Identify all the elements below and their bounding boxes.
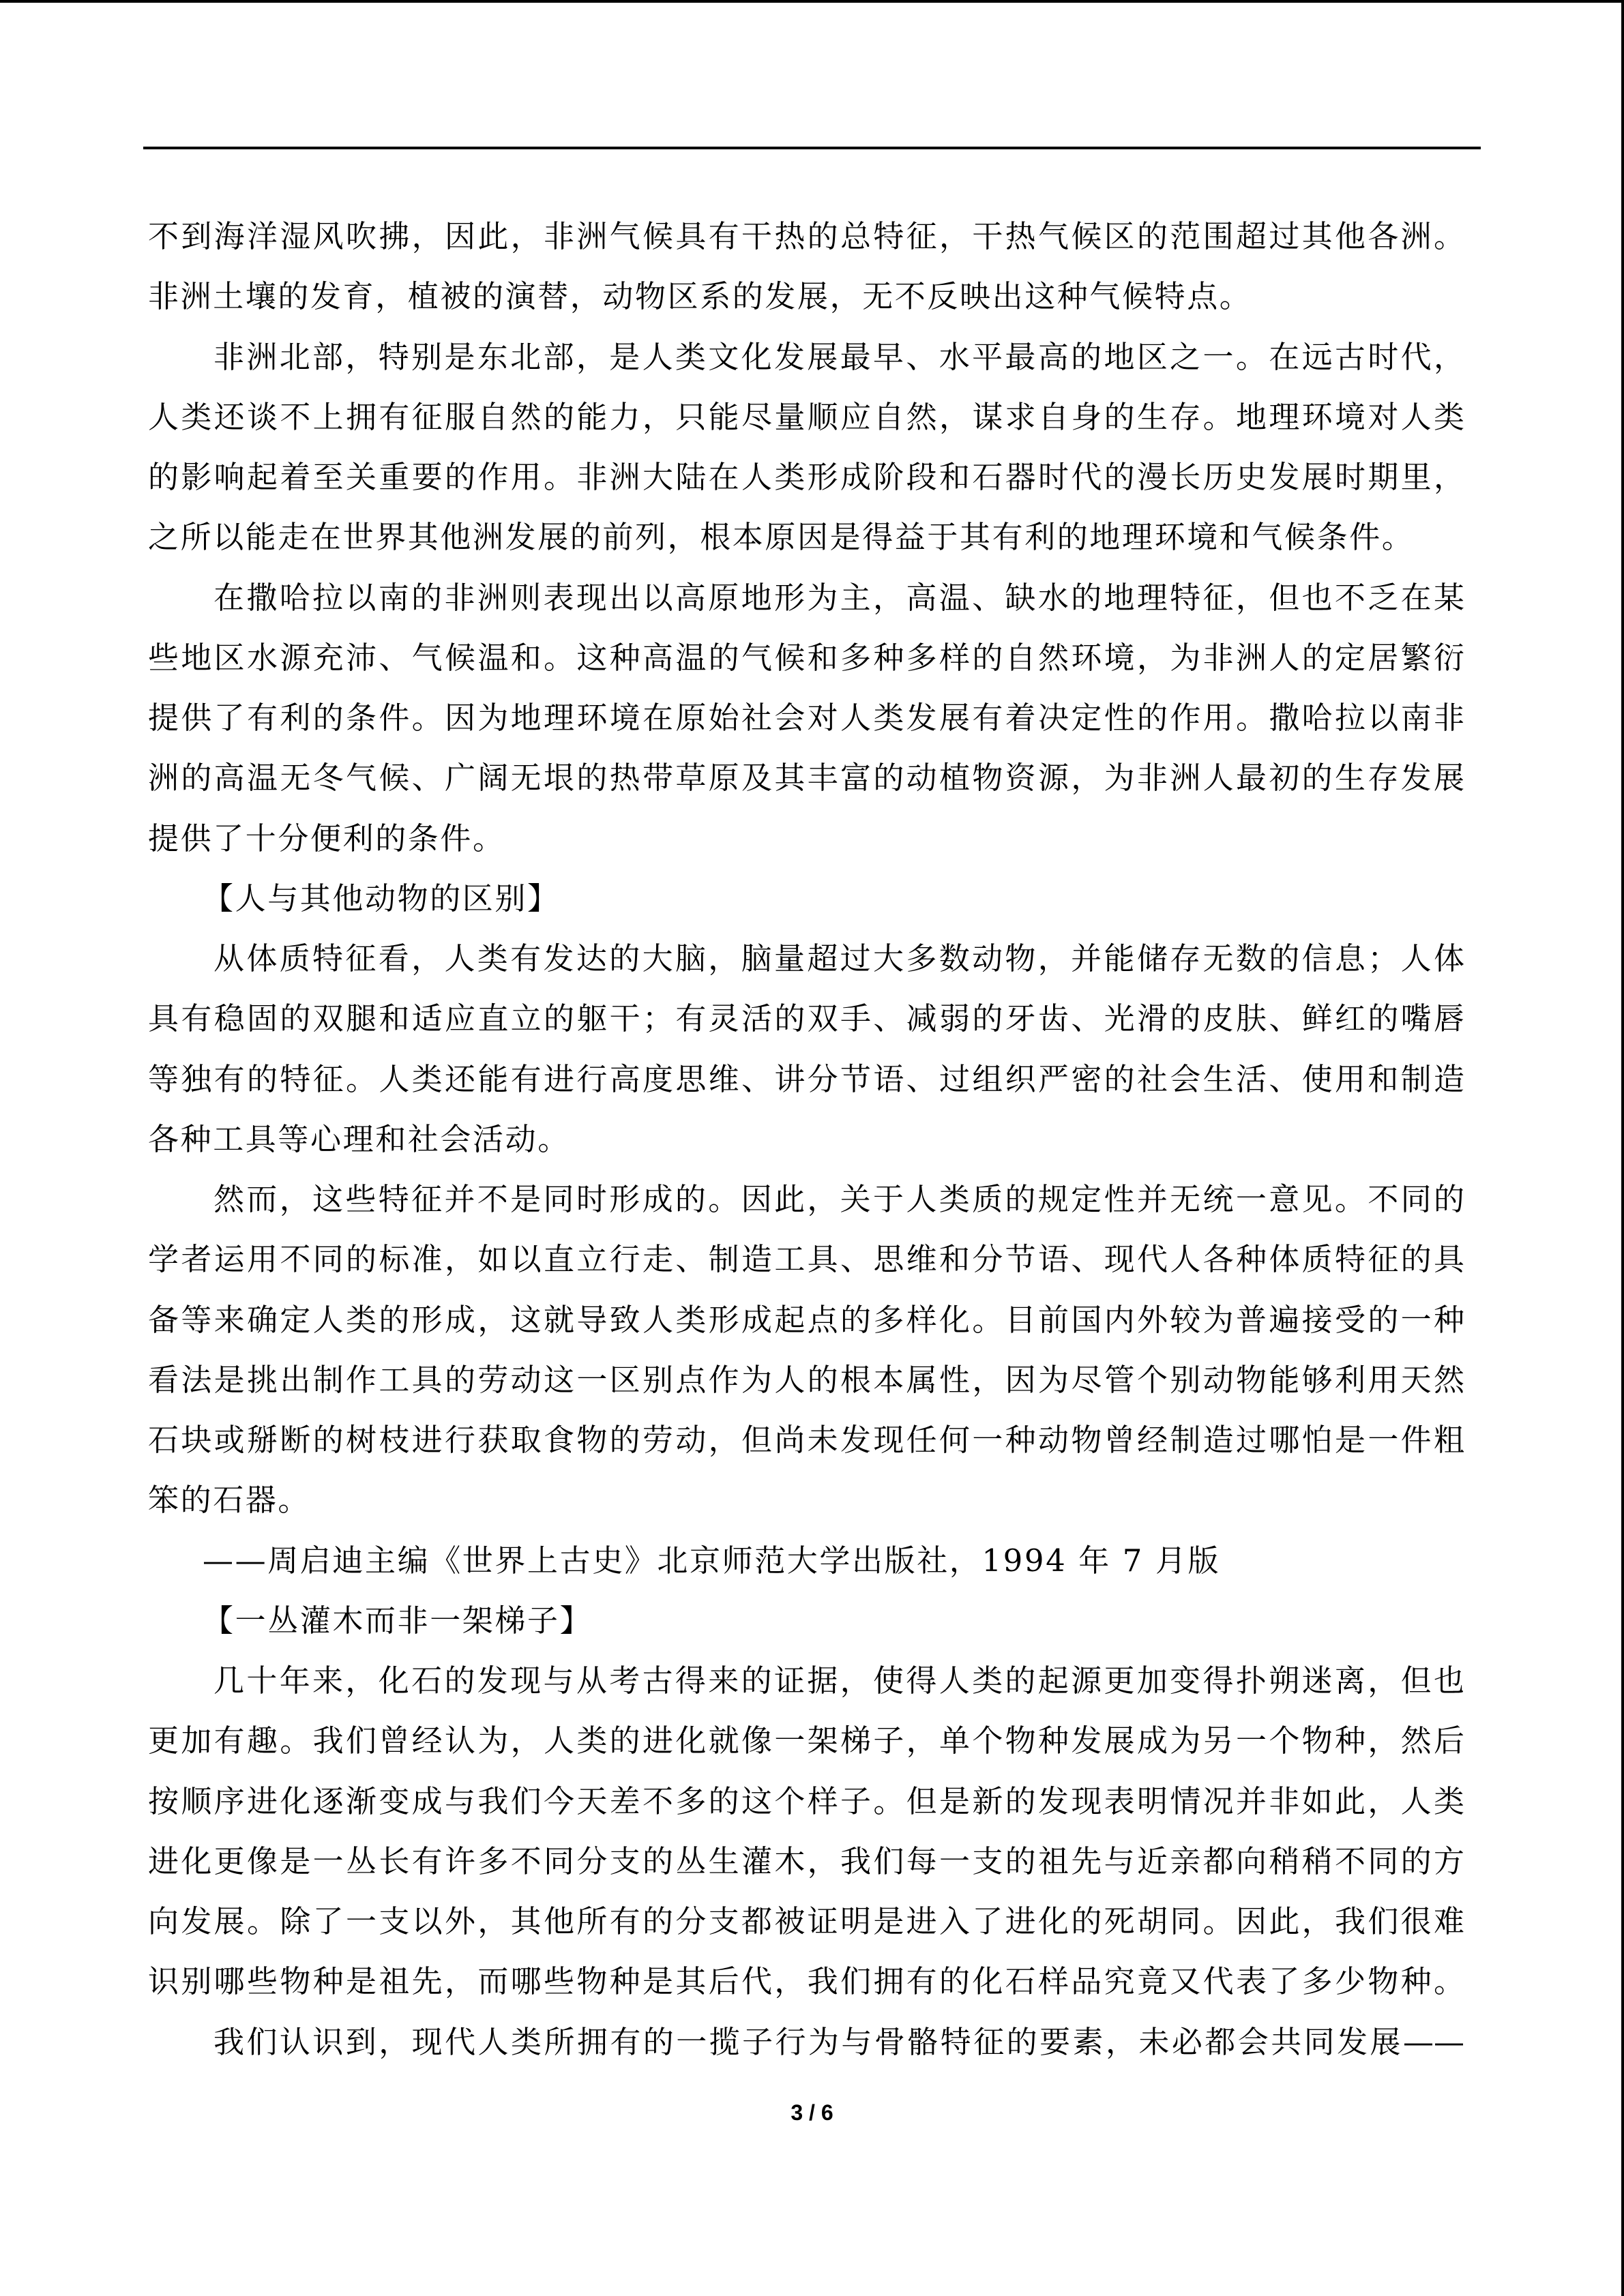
header-rule (143, 147, 1481, 149)
page-number: 3 / 6 (0, 2100, 1624, 2126)
paragraph-sub-saharan: 在撒哈拉以南的非洲则表现出以高原地形为主，高温、缺水的地理特征，但也不乏在某 些… (148, 578, 1464, 879)
text-line: 洲的高温无冬气候、广阔无垠的热带草原及其丰富的动植物资源，为非洲人最初的生存发展 (148, 758, 1464, 818)
page-border-right (1621, 0, 1624, 2296)
text-line: 学者运用不同的标准，如以直立行走、制造工具、思维和分节语、现代人各种体质特征的具 (148, 1240, 1464, 1300)
paragraph-evolution-bush: 几十年来，化石的发现与从考古得来的证据，使得人类的起源更加变得扑朔迷离，但也 更… (148, 1661, 1464, 2023)
text-line: 向发展。除了一支以外，其他所有的分支都被证明是进入了进化的死胡同。因此，我们很难 (148, 1902, 1464, 1962)
paragraph-physical-traits: 从体质特征看，人类有发达的大脑，脑量超过大多数动物，并能储存无数的信息；人体 具… (148, 939, 1464, 1180)
paragraph-modern-traits: 我们认识到，现代人类所拥有的一揽子行为与骨骼特征的要素，未必都会共同发展—— (148, 2023, 1464, 2083)
text-line: 石块或掰断的树枝进行获取食物的劳动，但尚未发现任何一种动物曾经制造过哪怕是一件粗 (148, 1420, 1464, 1480)
text-line: 提供了十分便利的条件。 (148, 819, 1464, 879)
text-line: 然而，这些特征并不是同时形成的。因此，关于人类质的规定性并无统一意见。不同的 (148, 1180, 1464, 1240)
section-heading-bush-not-ladder: 【一丛灌木而非一架梯子】 (148, 1601, 1464, 1661)
text-line: 笨的石器。 (148, 1480, 1464, 1540)
text-line: 的影响起着至关重要的作用。非洲大陆在人类形成阶段和石器时代的漫长历史发展时期里， (148, 458, 1464, 518)
text-line: 些地区水源充沛、气候温和。这种高温的气候和多种多样的自然环境，为非洲人的定居繁衍 (148, 638, 1464, 698)
section-heading: 【一丛灌木而非一架梯子】 (148, 1601, 1464, 1661)
citation-block: ——周启迪主编《世界上古史》北京师范大学出版社，1994 年 7 月版 (148, 1541, 1464, 1601)
text-line: 提供了有利的条件。因为地理环境在原始社会对人类发展有着决定性的作用。撒哈拉以南非 (148, 698, 1464, 758)
citation: ——周启迪主编《世界上古史》北京师范大学出版社，1994 年 7 月版 (148, 1541, 1464, 1601)
text-line: 几十年来，化石的发现与从考古得来的证据，使得人类的起源更加变得扑朔迷离，但也 (148, 1661, 1464, 1721)
text-line: 在撒哈拉以南的非洲则表现出以高原地形为主，高温、缺水的地理特征，但也不乏在某 (148, 578, 1464, 638)
paragraph-continuation: 不到海洋湿风吹拂，因此，非洲气候具有干热的总特征，干热气候区的范围超过其他各洲。… (148, 217, 1464, 338)
paragraph-north-africa: 非洲北部，特别是东北部，是人类文化发展最早、水平最高的地区之一。在远古时代， 人… (148, 338, 1464, 578)
text-line: 非洲北部，特别是东北部，是人类文化发展最早、水平最高的地区之一。在远古时代， (148, 338, 1464, 398)
section-heading-human-animal-difference: 【人与其他动物的区别】 (148, 879, 1464, 939)
text-line: 更加有趣。我们曾经认为，人类的进化就像一架梯子，单个物种发展成为另一个物种，然后 (148, 1721, 1464, 1781)
text-line: 从体质特征看，人类有发达的大脑，脑量超过大多数动物，并能储存无数的信息；人体 (148, 939, 1464, 999)
text-line: 人类还谈不上拥有征服自然的能力，只能尽量顺应自然，谋求自身的生存。地理环境对人类 (148, 398, 1464, 458)
text-line: 等独有的特征。人类还能有进行高度思维、讲分节语、过组织严密的社会生活、使用和制造 (148, 1060, 1464, 1120)
paragraph-definition-debate: 然而，这些特征并不是同时形成的。因此，关于人类质的规定性并无统一意见。不同的 学… (148, 1180, 1464, 1541)
text-line: 我们认识到，现代人类所拥有的一揽子行为与骨骼特征的要素，未必都会共同发展—— (148, 2023, 1464, 2083)
text-line: 具有稳固的双腿和适应直立的躯干；有灵活的双手、减弱的牙齿、光滑的皮肤、鲜红的嘴唇 (148, 999, 1464, 1059)
text-line: 看法是挑出制作工具的劳动这一区别点作为人的根本属性，因为尽管个别动物能够利用天然 (148, 1360, 1464, 1420)
document-body: 不到海洋湿风吹拂，因此，非洲气候具有干热的总特征，干热气候区的范围超过其他各洲。… (148, 217, 1464, 2083)
section-heading: 【人与其他动物的区别】 (148, 879, 1464, 939)
page-border-top (0, 0, 1624, 3)
text-line: 进化更像是一丛长有许多不同分支的丛生灌木，我们每一支的祖先与近亲都向稍稍不同的方 (148, 1842, 1464, 1902)
text-line: 各种工具等心理和社会活动。 (148, 1120, 1464, 1180)
text-line: 按顺序进化逐渐变成与我们今天差不多的这个样子。但是新的发现表明情况并非如此，人类 (148, 1782, 1464, 1842)
text-line: 非洲土壤的发育，植被的演替，动物区系的发展，无不反映出这种气候特点。 (148, 277, 1464, 337)
text-line: 备等来确定人类的形成，这就导致人类形成起点的多样化。目前国内外较为普遍接受的一种 (148, 1300, 1464, 1360)
text-line: 不到海洋湿风吹拂，因此，非洲气候具有干热的总特征，干热气候区的范围超过其他各洲。 (148, 217, 1464, 277)
text-line: 之所以能走在世界其他洲发展的前列，根本原因是得益于其有利的地理环境和气候条件。 (148, 518, 1464, 578)
text-line: 识别哪些物种是祖先，而哪些物种是其后代，我们拥有的化石样品究竟又代表了多少物种。 (148, 1962, 1464, 2022)
